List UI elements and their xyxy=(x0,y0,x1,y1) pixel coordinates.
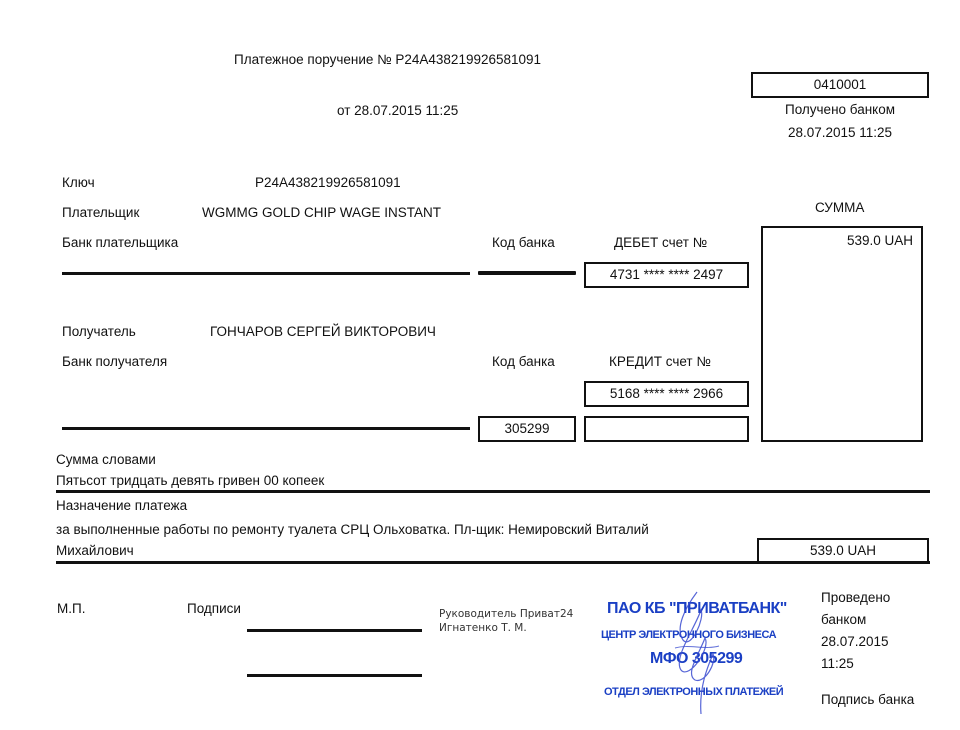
key-value: P24A438219926581091 xyxy=(255,175,401,190)
signature-line-2 xyxy=(247,674,422,677)
head-line2: Игнатенко Т. М. xyxy=(439,622,527,634)
processed-line2: банком xyxy=(821,612,866,627)
sum-words-divider xyxy=(56,490,930,493)
document-title: Платежное поручение № P24A43821992658109… xyxy=(234,52,541,67)
credit-account-box: 5168 **** **** 2966 xyxy=(584,381,749,407)
purpose-divider xyxy=(56,561,930,564)
sum-box: 539.0 UAH xyxy=(761,226,923,442)
mp-label: М.П. xyxy=(57,601,85,616)
empty-account-box xyxy=(584,416,749,442)
processed-date: 28.07.2015 xyxy=(821,634,889,649)
payer-bank-code-label: Код банка xyxy=(492,235,555,250)
payer-value: WGMMG GOLD CHIP WAGE INSTANT xyxy=(202,205,441,220)
purpose-amount: 539.0 UAH xyxy=(810,543,876,558)
recipient-bank-code-label: Код банка xyxy=(492,354,555,369)
processed-line1: Проведено xyxy=(821,590,890,605)
credit-label: КРЕДИТ счет № xyxy=(609,354,711,369)
recipient-bank-code: 305299 xyxy=(504,421,549,436)
received-date: 28.07.2015 11:25 xyxy=(751,125,929,140)
signatures-label: Подписи xyxy=(187,601,241,616)
recipient-bank-code-box: 305299 xyxy=(478,416,576,442)
signature-line-1 xyxy=(247,629,422,632)
purpose-amount-box: 539.0 UAH xyxy=(757,538,929,563)
purpose-line1: за выполненные работы по ремонту туалета… xyxy=(56,522,649,537)
payer-bank-code-line xyxy=(478,271,576,275)
debit-account: 4731 **** **** 2497 xyxy=(610,267,723,282)
document-date: от 28.07.2015 11:25 xyxy=(337,103,458,118)
form-code-box: 0410001 xyxy=(751,72,929,98)
recipient-value: ГОНЧАРОВ СЕРГЕЙ ВИКТОРОВИЧ xyxy=(210,324,436,339)
recipient-bank-label: Банк получателя xyxy=(62,354,167,369)
sum-label: СУММА xyxy=(815,200,864,215)
credit-account: 5168 **** **** 2966 xyxy=(610,386,723,401)
debit-label: ДЕБЕТ счет № xyxy=(614,235,707,250)
handwritten-signature-icon xyxy=(655,588,735,718)
payer-bank-label: Банк плательщика xyxy=(62,235,178,250)
processed-time: 11:25 xyxy=(821,656,854,671)
bank-signature-label: Подпись банка xyxy=(821,692,914,707)
sum-words-label: Сумма словами xyxy=(56,452,156,467)
purpose-label: Назначение платежа xyxy=(56,498,187,513)
debit-account-box: 4731 **** **** 2497 xyxy=(584,262,749,288)
head-line1: Руководитель Приват24 xyxy=(439,608,573,620)
received-label: Получено банком xyxy=(751,102,929,117)
purpose-line2: Михайлович xyxy=(56,543,134,558)
payer-label: Плательщик xyxy=(62,205,139,220)
payer-bank-line xyxy=(62,272,470,275)
sum-words-value: Пятьсот тридцать девять гривен 00 копеек xyxy=(56,473,324,488)
key-label: Ключ xyxy=(62,175,95,190)
form-code: 0410001 xyxy=(814,77,867,92)
recipient-label: Получатель xyxy=(62,324,136,339)
sum-value: 539.0 UAH xyxy=(847,233,913,248)
recipient-bank-line xyxy=(62,427,470,430)
